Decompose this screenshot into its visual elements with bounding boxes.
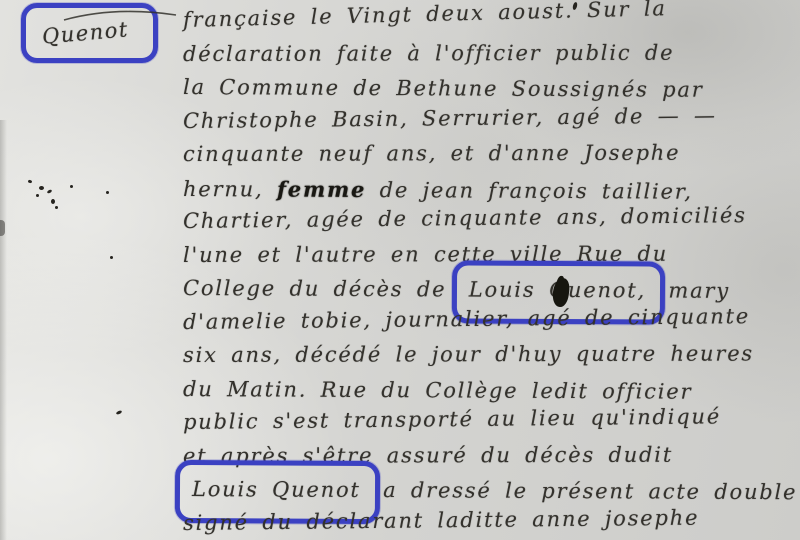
manuscript-text: française le Vingt deux aoust. Sur la dé… <box>183 4 800 540</box>
manuscript-line: déclaration faite à l'officier public de <box>183 36 800 71</box>
ink-speck <box>47 189 53 194</box>
ink-speck <box>116 410 123 415</box>
scan-edge-shadow <box>0 120 7 540</box>
scan-edge-mark <box>0 220 5 236</box>
manuscript-line: Chartier, agée de cinquante ans, domicil… <box>183 198 800 238</box>
line-text: six ans, décédé le jour d'huy quatre heu… <box>183 342 754 367</box>
line-text: française le Vingt deux aoust. Sur la <box>183 0 667 32</box>
line-text: déclaration faite à l'officier public de <box>183 40 674 65</box>
line-text: hernu, <box>183 177 277 201</box>
ink-speck <box>36 194 39 197</box>
ink-speck <box>51 199 55 204</box>
manuscript-line: française le Vingt deux aoust. Sur la <box>183 0 800 37</box>
line-text: Christophe Basin, Serrurier, agé de — — <box>183 103 717 133</box>
line-text: public s'est transporté au lieu qu'indiq… <box>183 404 721 434</box>
line-text: mary <box>655 278 730 302</box>
line-text: du Matin. Rue du Collège ledit officier <box>183 377 692 404</box>
manuscript-line: d'amelie tobie, journalier, agé de cinqu… <box>183 299 800 339</box>
ink-speck <box>106 191 109 194</box>
ink-speck <box>28 179 33 183</box>
line-text: cinquante neuf ans, et d'anne Josephe <box>183 141 680 166</box>
boxed-name-text: Louis Quenot <box>192 477 361 502</box>
annotation-box-margin-quenot: Quenot <box>21 3 158 63</box>
line-text: la Commune de Bethune Soussignés par <box>183 75 704 102</box>
manuscript-line: public s'est transporté au lieu qu'indiq… <box>183 399 800 439</box>
overwritten-word: femme <box>277 176 366 201</box>
ink-speck <box>39 186 44 190</box>
line-text: signé du déclarant laditte anne josephe <box>183 505 700 534</box>
manuscript-line: six ans, décédé le jour d'huy quatre heu… <box>183 337 800 372</box>
line-text: d'amelie tobie, journalier, agé de cinqu… <box>183 304 750 334</box>
manuscript-line: signé du déclarant laditte anne josephe <box>183 500 800 540</box>
line-text: College du décès de <box>183 276 460 301</box>
ink-speck <box>70 185 73 188</box>
manuscript-line: cinquante neuf ans, et d'anne Josephe <box>183 136 800 171</box>
ink-speck <box>110 256 113 259</box>
manuscript-line: Christophe Basin, Serrurier, agé de — — <box>183 98 800 138</box>
document-scan: Quenot française le Vingt deux aoust. Su… <box>0 0 800 540</box>
pen-flourish-stroke <box>60 4 180 26</box>
ink-speck <box>55 206 58 209</box>
line-text: Chartier, agée de cinquante ans, domicil… <box>183 203 747 233</box>
